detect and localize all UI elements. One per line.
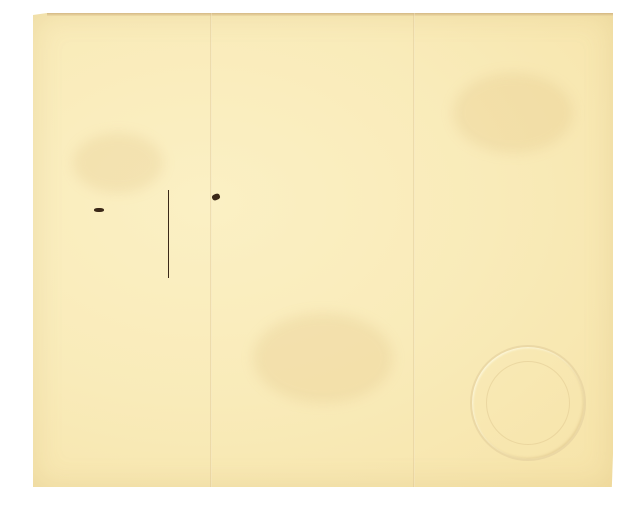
paper-edge [47, 13, 613, 16]
paper-stain [73, 133, 163, 193]
paper-stain [253, 313, 393, 403]
fold-line [210, 13, 212, 487]
fold-line [413, 13, 415, 487]
ink-stroke-line [168, 190, 169, 278]
embossed-court-seal [470, 345, 586, 461]
ink-mark [94, 208, 104, 212]
paper-stain [453, 73, 573, 153]
